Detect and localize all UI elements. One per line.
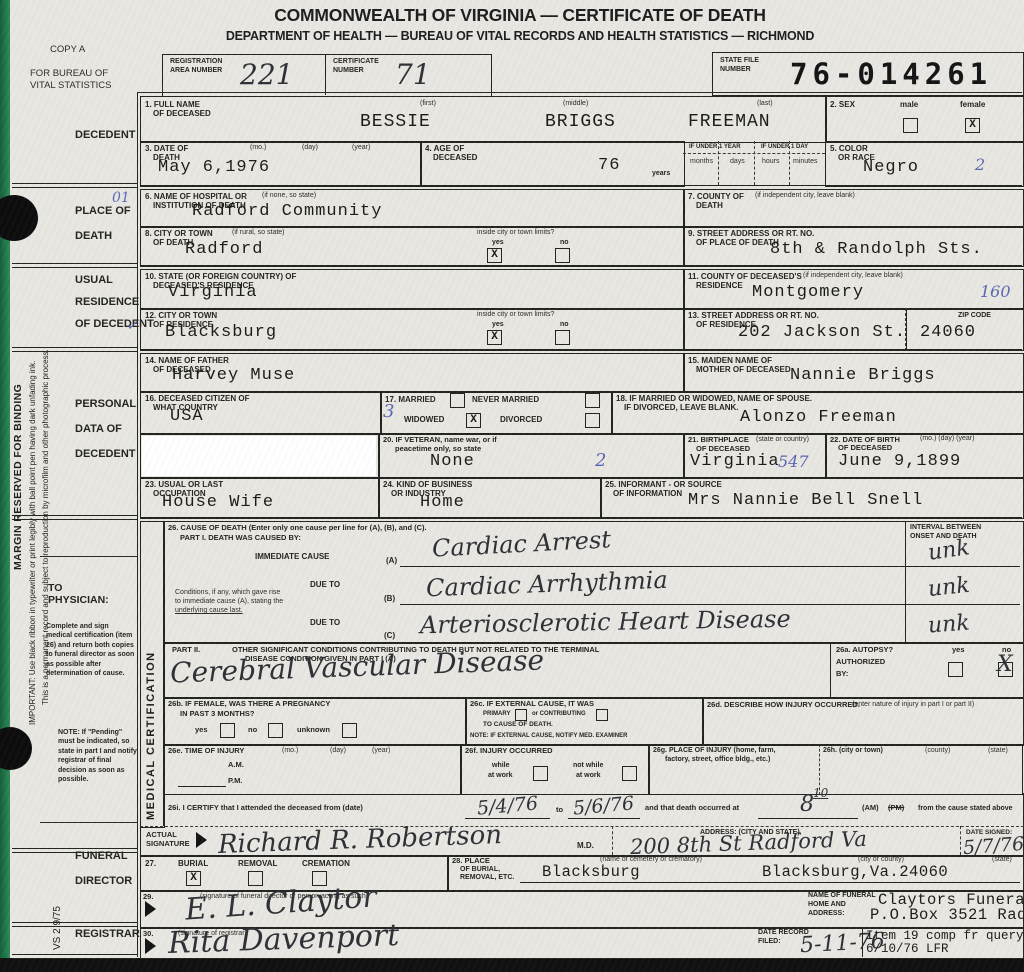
hospital-hint: (if none, so state) xyxy=(262,192,316,199)
cause-b-line xyxy=(400,604,1020,605)
color-label-1: 5. COLOR xyxy=(830,144,868,153)
informant-value: Mrs Nannie Bell Snell xyxy=(688,491,923,510)
mother-label-1: 15. MAIDEN NAME OF xyxy=(688,356,772,365)
widowed-checkbox: X xyxy=(466,413,481,428)
pregnancy-unknown-label: unknown xyxy=(297,726,330,735)
pm-label: P.M. xyxy=(228,777,242,786)
business-value: Home xyxy=(420,493,465,512)
spouse-label-1: 18. IF MARRIED OR WIDOWED, NAME OF SPOUS… xyxy=(616,394,812,403)
funeral-home-label-1: NAME OF FUNERAL xyxy=(808,892,876,900)
zip-value: 24060 xyxy=(920,323,976,342)
spouse-value: Alonzo Freeman xyxy=(740,408,897,427)
never-married-label: NEVER MARRIED xyxy=(472,395,539,404)
place-burial-value: Blacksburg xyxy=(542,863,640,881)
if-under-year-label: IF UNDER 1 YEAR xyxy=(689,144,741,151)
city-residence-value: Blacksburg xyxy=(165,323,277,342)
hours-label: hours xyxy=(762,158,780,165)
certificate-number-label-1: CERTIFICATE xyxy=(333,58,379,66)
margin-section-usual-residence-2: RESIDENCE xyxy=(75,296,139,309)
margin-binding-note: MARGIN RESERVED FOR BINDING xyxy=(12,320,24,570)
city-death-hint: (if rural, so state) xyxy=(232,229,285,236)
full-name-label-2: OF DECEASED xyxy=(153,109,211,118)
immediate-cause-label: IMMEDIATE CAUSE xyxy=(255,552,330,561)
medical-certification-label: MEDICAL CERTIFICATION xyxy=(145,535,157,820)
time-of-injury-label: 26e. TIME OF INJURY xyxy=(168,747,244,756)
mother-value: Nannie Briggs xyxy=(790,366,936,385)
pregnancy-unknown-checkbox xyxy=(342,723,357,738)
informant-label-1: 25. INFORMANT - OR SOURCE xyxy=(605,480,722,489)
hospital-value: Radford Community xyxy=(192,202,382,221)
part2-label-a: PART II. xyxy=(172,646,200,655)
margin-separator xyxy=(12,347,138,352)
burial-write-line xyxy=(520,882,1020,883)
margin-divider xyxy=(137,92,138,957)
place-burial-label-1: 28. PLACE xyxy=(452,857,490,866)
injury-day-hint: (day) xyxy=(330,747,346,754)
street-death-label-1: 9. STREET ADDRESS OR RT. NO. xyxy=(688,229,814,238)
place-of-injury-label-1: 26g. PLACE OF INJURY (home, farm, xyxy=(653,747,776,755)
redacted-area xyxy=(142,436,376,476)
autopsy-yes-label: yes xyxy=(952,646,965,655)
days-label: days xyxy=(730,158,745,165)
city-death-value: Radford xyxy=(185,240,263,259)
certify-post-label: from the cause stated above xyxy=(918,805,1013,813)
hospital-label-1: 6. NAME OF HOSPITAL OR xyxy=(145,192,247,201)
funeral-signature-arrow-icon xyxy=(145,901,156,917)
certify-to-label: to xyxy=(556,806,563,815)
query-note-2: 6/10/76 LFR xyxy=(866,942,949,956)
street-residence-value: 202 Jackson St. xyxy=(738,323,906,342)
middle-name-hint: (middle) xyxy=(563,100,588,107)
margin-physician-note: Complete and sign medical certification … xyxy=(46,622,136,679)
cause-label: 26. CAUSE OF DEATH (Enter only one cause… xyxy=(168,524,427,533)
mother-label-2: MOTHER OF DECEASED xyxy=(696,365,791,374)
place-burial-label-2: OF BURIAL, xyxy=(460,866,500,874)
injury-description-hint: (enter nature of injury in part I or par… xyxy=(852,701,974,708)
place-of-injury-label-2: factory, street, office bldg., etc.) xyxy=(665,756,770,764)
while-at-work-label-1: while xyxy=(492,762,510,770)
bureau-label-1: FOR BUREAU OF xyxy=(30,68,108,79)
city-residence-no-label: no xyxy=(560,321,569,329)
to-cause-label: TO CAUSE OF DEATH. xyxy=(483,721,553,728)
first-name-value: BESSIE xyxy=(360,112,431,132)
certificate-subtitle: DEPARTMENT OF HEALTH — BUREAU OF VITAL R… xyxy=(140,29,900,43)
bottom-scan-edge xyxy=(0,958,1024,972)
margin-checkmark-annotation: ✓ xyxy=(126,318,138,334)
city-death-label-1: 8. CITY OR TOWN xyxy=(145,229,213,238)
pregnancy-no-label: no xyxy=(248,726,257,735)
date-of-death-label-1: 3. DATE OF xyxy=(145,144,188,153)
margin-separator xyxy=(12,263,138,268)
age-label-2: DECEASED xyxy=(433,153,477,162)
sex-female-label: female xyxy=(960,100,985,109)
margin-section-registrar: REGISTRAR xyxy=(75,928,140,941)
veteran-value: None xyxy=(430,452,475,471)
state-file-label-2: NUMBER xyxy=(720,66,751,74)
day-hint: (day) xyxy=(302,144,318,151)
contributing-label: or CONTRIBUTING xyxy=(532,711,586,718)
signature-row-divider xyxy=(612,826,613,855)
margin-separator xyxy=(12,954,138,959)
autopsy-label-2: AUTHORIZED xyxy=(836,658,885,667)
contributing-checkbox xyxy=(596,709,608,721)
certify-time-superscript: 10 xyxy=(813,786,828,800)
form-number: VS 2 9/75 xyxy=(52,865,63,950)
cause-a-label: (A) xyxy=(386,556,397,565)
injury-month-hint: (mo.) xyxy=(282,747,298,754)
autopsy-label-1: 26a. AUTOPSY? xyxy=(836,646,893,655)
certificate-number-label-2: NUMBER xyxy=(333,67,364,75)
disposition-number: 27. xyxy=(145,859,156,868)
occupation-value: House Wife xyxy=(162,493,274,512)
last-name-value: FREEMAN xyxy=(688,112,771,132)
street-residence-label-1: 13. STREET ADDRESS OR RT. NO. xyxy=(688,311,819,320)
pm-line xyxy=(178,786,226,787)
divorced-label: DIVORCED xyxy=(500,415,542,424)
business-label-1: 24. KIND OF BUSINESS xyxy=(383,480,472,489)
birthplace-value: Virginia xyxy=(690,452,780,471)
sex-label: 2. SEX xyxy=(830,100,855,109)
injury-city-label: 26h. (city or town) xyxy=(823,747,883,755)
margin-separator xyxy=(12,848,138,853)
injury-county-label: (county) xyxy=(925,747,950,754)
bureau-label-2: VITAL STATISTICS xyxy=(30,80,111,91)
burial-city-hint: (city or county) xyxy=(858,856,904,863)
informant-label-2: OF INFORMATION xyxy=(613,489,682,498)
while-at-work-label-2: at work xyxy=(488,772,513,780)
autopsy-label-3: BY: xyxy=(836,670,848,679)
due-to-b-label: DUE TO xyxy=(310,580,340,589)
margin-separator xyxy=(12,183,138,188)
registration-box-divider xyxy=(325,54,326,95)
spouse-label-2: IF DIVORCED, LEAVE BLANK. xyxy=(624,403,739,412)
pregnancy-label-2: IN PAST 3 MONTHS? xyxy=(180,710,254,719)
pregnancy-no-checkbox xyxy=(268,723,283,738)
part1-label: PART I. DEATH WAS CAUSED BY: xyxy=(180,534,301,543)
burial-checkbox: X xyxy=(186,871,201,886)
margin-section-personal-data-3: DECEDENT xyxy=(75,448,136,461)
registrar-signature-arrow-icon xyxy=(145,938,156,954)
color-code-annotation: 2 xyxy=(975,155,985,174)
margin-line xyxy=(40,556,137,557)
sex-female-checkbox: X xyxy=(965,118,980,133)
city-residence-yes-label: yes xyxy=(492,321,504,329)
not-while-at-work-label-2: at work xyxy=(576,772,601,780)
age-value: 76 xyxy=(598,156,620,175)
state-residence-label-1: 10. STATE (OR FOREIGN COUNTRY) OF xyxy=(145,272,296,281)
am-option-label: (AM) xyxy=(862,804,879,813)
city-residence-label-1: 12. CITY OR TOWN xyxy=(145,311,217,320)
signature-arrow-icon xyxy=(196,832,207,848)
margin-separator xyxy=(12,922,138,927)
due-to-c-label: DUE TO xyxy=(310,618,340,627)
under-one-divider xyxy=(754,141,755,185)
external-cause-label: 26c. IF EXTERNAL CAUSE, IT WAS xyxy=(470,700,594,709)
removal-checkbox xyxy=(248,871,263,886)
injury-description-label: 26d. DESCRIBE HOW INJURY OCCURRED. xyxy=(707,701,860,710)
city-death-no-checkbox xyxy=(555,248,570,263)
county-residence-value: Montgomery xyxy=(752,283,864,302)
state-residence-value: Virginia xyxy=(168,283,258,302)
cause-b-label: (B) xyxy=(384,594,395,603)
autopsy-divider xyxy=(830,642,831,697)
copy-label: COPY A xyxy=(50,44,85,55)
margin-to-physician-1: TO xyxy=(48,582,62,594)
margin-section-personal-data-1: PERSONAL xyxy=(75,398,136,411)
cremation-label: CREMATION xyxy=(302,859,350,868)
occupation-label-1: 23. USUAL OR LAST xyxy=(145,480,223,489)
am-label: A.M. xyxy=(228,761,244,770)
not-while-at-work-checkbox xyxy=(622,766,637,781)
dob-hint: (mo.) (day) (year) xyxy=(920,435,974,442)
while-at-work-checkbox xyxy=(533,766,548,781)
burial-label: BURIAL xyxy=(178,859,208,868)
primary-checkbox xyxy=(515,709,527,721)
actual-signature-label-2: SIGNATURE xyxy=(146,840,190,849)
margin-pending-note: NOTE: If "Pending" must be indicated, so… xyxy=(58,728,138,785)
date-of-death-value: May 6,1976 xyxy=(158,158,270,177)
city-death-yes-label: yes xyxy=(492,239,504,247)
never-married-checkbox xyxy=(585,393,600,408)
color-value: Negro xyxy=(863,158,919,177)
conditions-note-1: Conditions, if any, which gave rise xyxy=(175,589,280,596)
query-note-1: Item 19 comp fr query xyxy=(866,929,1024,943)
margin-section-personal-data-2: DATA OF xyxy=(75,423,122,436)
minutes-label: minutes xyxy=(793,158,818,165)
pregnancy-yes-label: yes xyxy=(195,726,208,735)
form-top-rule xyxy=(137,92,1022,93)
certify-label: 26i. I CERTIFY that I attended the decea… xyxy=(168,804,363,813)
married-checkbox xyxy=(450,393,465,408)
primary-label: PRIMARY xyxy=(483,711,510,718)
margin-section-usual-residence-1: USUAL xyxy=(75,274,113,287)
age-label-1: 4. AGE OF xyxy=(425,144,464,153)
funeral-home-label-3: ADDRESS: xyxy=(808,910,845,918)
place-burial-label-3: REMOVAL, ETC. xyxy=(460,874,514,882)
city-death-limits-label: inside city or town limits? xyxy=(477,229,554,236)
funeral-home-address: P.O.Box 3521 Radford,Va.24141 xyxy=(870,906,1024,924)
city-death-no-label: no xyxy=(560,239,569,247)
marital-code-annotation: 3 xyxy=(383,401,394,422)
sex-male-checkbox xyxy=(903,118,918,133)
margin-section-decedent: DECEDENT xyxy=(75,129,136,142)
margin-section-place-of-death: PLACE OF xyxy=(75,205,131,218)
cause-c-label: (C) xyxy=(384,631,395,640)
citizen-label-1: 16. DECEASED CITIZEN OF xyxy=(145,394,249,403)
under-one-header-rule xyxy=(683,153,825,154)
margin-section-funeral-director-2: DIRECTOR xyxy=(75,875,132,888)
margin-separator xyxy=(12,515,138,520)
cause-a-line xyxy=(400,566,1020,567)
county-death-label-1: 7. COUNTY OF xyxy=(688,192,744,201)
injury-occurred-label: 26f. INJURY OCCURRED xyxy=(465,747,553,756)
year-hint: (year) xyxy=(352,144,370,151)
burial-city-value: Blacksburg,Va.24060 xyxy=(762,863,948,881)
registration-area-label-1: REGISTRATION xyxy=(170,58,222,66)
registration-area-value: 221 xyxy=(240,58,293,91)
injury-year-hint: (year) xyxy=(372,747,390,754)
conditions-note-2: to immediate cause (A), stating the xyxy=(175,598,283,605)
certify-time-line xyxy=(758,818,858,819)
pregnancy-yes-checkbox xyxy=(220,723,235,738)
margin-code-annotation: 01 xyxy=(112,190,130,206)
margin-important-note-1: IMPORTANT: Use black ribbon in typewrite… xyxy=(28,165,37,725)
city-residence-limits-label: inside city or town limits? xyxy=(477,311,554,318)
month-hint: (mo.) xyxy=(250,144,266,151)
binding-edge xyxy=(0,0,10,972)
certify-mid-label: and that death occurred at xyxy=(645,804,739,813)
county-residence-label-2: RESIDENCE xyxy=(696,281,743,290)
external-cause-note: NOTE: IF EXTERNAL CAUSE, NOTIFY MED. EXA… xyxy=(470,733,627,740)
veteran-code-annotation: 2 xyxy=(595,450,606,471)
interval-b-value: unk xyxy=(927,573,971,602)
first-name-hint: (first) xyxy=(420,100,436,107)
state-file-number: 76-014261 xyxy=(790,57,992,91)
street-death-value: 8th & Randolph Sts. xyxy=(770,240,983,259)
months-label: months xyxy=(690,158,713,165)
autopsy-no-handwritten-x: X xyxy=(997,652,1013,677)
interval-c-value: unk xyxy=(927,611,970,639)
full-name-label-1: 1. FULL NAME xyxy=(145,100,200,109)
state-file-label-1: STATE FILE xyxy=(720,57,759,65)
father-value: Harvey Muse xyxy=(172,366,295,385)
registration-area-label-2: AREA NUMBER xyxy=(170,67,222,75)
margin-section-place-of-death-2: DEATH xyxy=(75,230,112,243)
death-certificate-scan: MARGIN RESERVED FOR BINDING IMPORTANT: U… xyxy=(0,0,1024,972)
signature-row-divider xyxy=(960,826,961,855)
county-death-label-2: DEATH xyxy=(696,201,723,210)
funeral-home-label-2: HOME AND xyxy=(808,901,846,909)
pm-option-label: (PM) xyxy=(888,804,904,813)
widowed-label: WIDOWED xyxy=(404,415,444,424)
county-residence-label-1: 11. COUNTY OF DECEASED'S xyxy=(688,272,802,281)
sex-male-label: male xyxy=(900,100,918,109)
date-filed-label-2: FILED: xyxy=(758,938,781,946)
county-residence-hint: (if independent city, leave blank) xyxy=(803,272,903,279)
certificate-number-value: 71 xyxy=(395,58,431,91)
margin-line xyxy=(40,822,137,823)
autopsy-yes-checkbox xyxy=(948,662,963,677)
punch-hole xyxy=(0,727,32,770)
interval-header-1: INTERVAL BETWEEN xyxy=(910,524,981,532)
father-label-1: 14. NAME OF FATHER xyxy=(145,356,229,365)
pregnancy-label-1: 26b. IF FEMALE, WAS THERE A PREGNANCY xyxy=(168,700,330,709)
age-unit-label: years xyxy=(652,170,670,178)
certify-time-value: 8 xyxy=(800,792,814,817)
not-while-at-work-label-1: not while xyxy=(573,762,603,770)
margin-to-physician-2: PHYSICIAN: xyxy=(48,594,109,606)
certificate-title: COMMONWEALTH OF VIRGINIA — CERTIFICATE O… xyxy=(140,5,900,26)
dob-value: June 9,1899 xyxy=(838,452,961,471)
county-residence-code-annotation: 160 xyxy=(980,282,1011,301)
interval-column-divider xyxy=(905,521,906,642)
street-death-label-2: OF PLACE OF DEATH xyxy=(696,238,779,247)
conditions-note-3: underlying cause last. xyxy=(175,607,243,614)
birthplace-hint: (state or country) xyxy=(756,436,809,443)
last-name-hint: (last) xyxy=(757,100,773,107)
citizen-value: USA xyxy=(170,407,204,426)
middle-name-value: BRIGGS xyxy=(545,112,616,132)
city-residence-yes-checkbox: X xyxy=(487,330,502,345)
county-death-hint: (if independent city, leave blank) xyxy=(755,192,855,199)
registrar-note-divider xyxy=(862,927,863,957)
injury-state-label: (state) xyxy=(988,747,1008,754)
divorced-checkbox xyxy=(585,413,600,428)
cemetery-hint: (name of cemetery or crematory) xyxy=(600,856,702,863)
city-death-yes-checkbox: X xyxy=(487,248,502,263)
md-label: M.D. xyxy=(577,841,594,850)
city-residence-no-checkbox xyxy=(555,330,570,345)
if-under-day-label: IF UNDER 1 DAY xyxy=(761,144,808,151)
removal-label: REMOVAL xyxy=(238,859,277,868)
burial-state-hint: (state) xyxy=(992,856,1012,863)
zip-label: ZIP CODE xyxy=(958,312,991,320)
birthplace-code-annotation: 547 xyxy=(778,452,809,471)
